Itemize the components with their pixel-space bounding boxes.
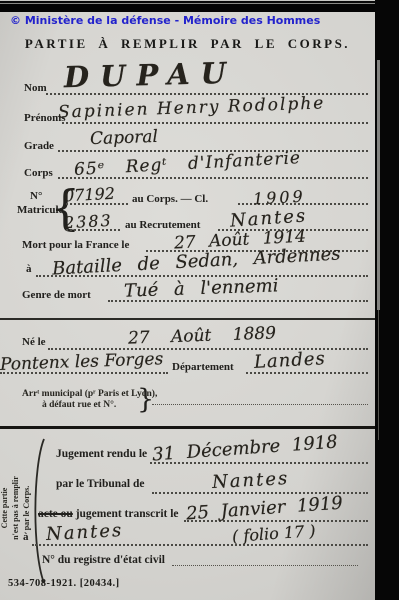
side-note-line2: n'est pas à remplir xyxy=(11,449,22,567)
corps-label: Corps xyxy=(24,167,53,179)
transcrit-label-rest: jugement transcrit le xyxy=(76,508,179,520)
corps-value: 65ᵉ Regᵗ d'Infanterie xyxy=(74,148,302,180)
form-title: PARTIE À REMPLIR PAR LE CORPS. xyxy=(0,36,375,52)
transcrit-lieu-value: Nantes xyxy=(46,520,124,545)
tribunal-value: Nantes xyxy=(212,468,290,493)
transcrit-label-struck: acte ou xyxy=(38,508,73,520)
nom-value: DUPAU xyxy=(64,56,238,95)
page-edge-shadow xyxy=(378,310,379,440)
side-note-line1: Cette partie xyxy=(0,449,11,567)
transcrit-label: acte ou jugement transcrit le xyxy=(38,508,179,520)
grade-label: Grade xyxy=(24,140,54,152)
prenoms-value: Sapinien Henry Rodolphe xyxy=(58,93,326,122)
departement-label: Département xyxy=(172,361,234,373)
au-recrutement-label: au Recrutement xyxy=(125,219,200,231)
record-page: © Ministère de la défense - Mémoire des … xyxy=(0,12,375,600)
nom-label: Nom xyxy=(24,82,47,94)
arrondissement-brace: } xyxy=(137,386,154,413)
matricule-recrutement-value: 2383 xyxy=(64,211,114,233)
matricule-label-n: N° xyxy=(30,190,42,202)
tribunal-label: par le Tribunal de xyxy=(56,478,145,490)
scan-top-edge xyxy=(0,0,399,12)
prenoms-line xyxy=(62,122,368,124)
matricule-corps-value: 07192 xyxy=(64,184,116,206)
naissance-label: Né le xyxy=(22,336,46,348)
mort-label: Mort pour la France le xyxy=(22,239,129,251)
naissance-value: 27 Août 1889 xyxy=(128,323,277,348)
transcrit-lieu-label: à xyxy=(23,531,29,543)
grade-value: Caporal xyxy=(90,127,159,149)
jugement-rendu-label: Jugement rendu le xyxy=(56,448,147,460)
folio-note: ( folio 17 ) xyxy=(231,521,316,546)
au-corps-label: au Corps. — Cl. xyxy=(132,193,208,205)
print-reference: 534-708-1921. [20434.] xyxy=(8,578,120,589)
genre-mort-label: Genre de mort xyxy=(22,289,91,301)
transcrit-lieu-line xyxy=(32,544,368,546)
lieu-mort-label: à xyxy=(26,263,32,275)
jugement-rendu-value: 31 Décembre 1918 xyxy=(151,432,338,466)
page-edge-highlight xyxy=(377,60,380,310)
genre-mort-value: Tué à l'ennemi xyxy=(124,275,279,301)
registre-label: N° du registre d'état civil xyxy=(42,554,165,566)
lieu-naissance-value: Pontenx les Forges xyxy=(0,349,164,375)
section-divider-thick xyxy=(0,426,375,429)
registre-line xyxy=(172,565,358,566)
section-divider xyxy=(0,318,375,320)
arrondissement-line xyxy=(152,404,368,405)
ministry-watermark: © Ministère de la défense - Mémoire des … xyxy=(10,14,320,27)
arrondissement-label-line2: à défaut rue et N°. xyxy=(42,400,116,410)
departement-value: Landes xyxy=(253,348,326,373)
scanned-record-viewer: © Ministère de la défense - Mémoire des … xyxy=(0,0,399,600)
